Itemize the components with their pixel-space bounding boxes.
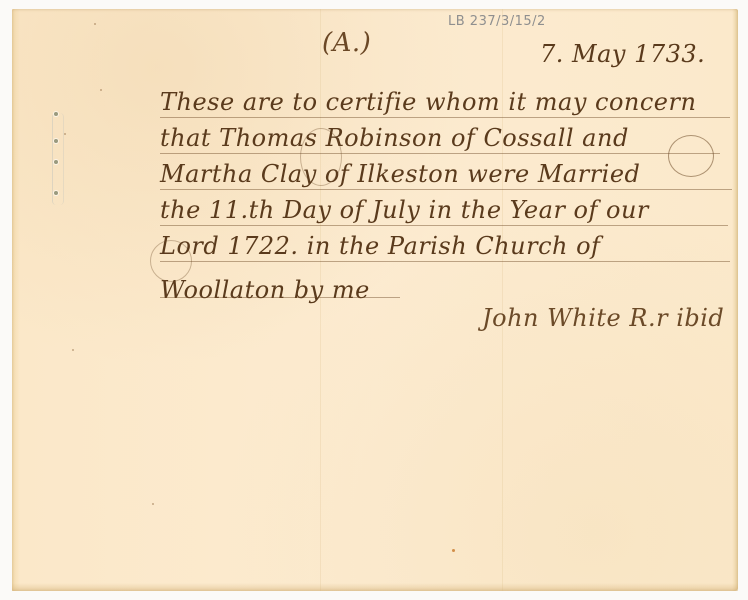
ink-rule-line [160, 225, 728, 226]
ink-rule-line [160, 261, 730, 262]
body-line: Martha Clay of Ilkeston were Married [160, 160, 640, 188]
paper-speck [100, 89, 102, 91]
body-line: that Thomas Robinson of Cossall and [160, 124, 629, 152]
archive-reference: LB 237/3/15/2 [448, 14, 546, 29]
ink-rule-line [160, 297, 400, 298]
paper-speck [72, 349, 74, 351]
stitch-hole-icon [54, 160, 58, 164]
paper-speck [64, 133, 66, 135]
stitch-hole-icon [54, 112, 58, 116]
signature: John White R.r ibid [482, 304, 724, 332]
stitch-hole-icon [54, 139, 58, 143]
paper-speck [452, 549, 455, 552]
ink-rule-line [160, 153, 720, 154]
body-line: the 11.th Day of July in the Year of our [160, 196, 649, 224]
ink-flourish [668, 135, 714, 177]
ink-rule-line [160, 189, 732, 190]
document-date: 7. May 1733. [540, 40, 705, 68]
body-line: These are to certifie whom it may concer… [160, 88, 696, 116]
paper-speck [94, 23, 96, 25]
body-line: Lord 1722. in the Parish Church of [160, 232, 600, 260]
paper-speck [152, 503, 154, 505]
ink-flourish [300, 128, 342, 186]
body-line: Woollaton by me [160, 276, 370, 304]
ink-rule-line [160, 117, 730, 118]
ink-flourish [150, 240, 192, 282]
document-number: (A.) [322, 28, 371, 58]
stitch-hole-icon [54, 191, 58, 195]
